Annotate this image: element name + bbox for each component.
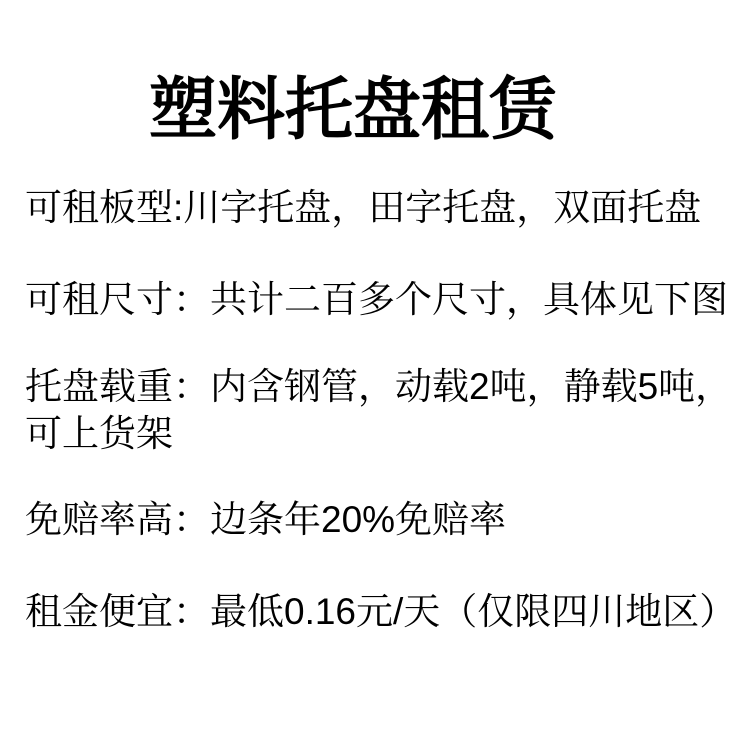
spec-load-capacity-line1: 托盘载重：内含钢管，动载2吨，静载5吨，	[25, 363, 740, 410]
spec-rentable-sizes: 可租尺寸：共计二百多个尺寸，具体见下图	[25, 276, 740, 323]
spec-rentable-plate-types-text: 可租板型:川字托盘，田字托盘，双面托盘	[25, 184, 740, 231]
spec-load-capacity: 托盘载重：内含钢管，动载2吨，静载5吨， 可上货架	[25, 363, 740, 457]
spec-deductible-rate: 免赔率高：边条年20%免赔率	[25, 496, 740, 543]
page-title: 塑料托盘租赁	[0, 74, 706, 146]
spec-deductible-rate-text: 免赔率高：边条年20%免赔率	[25, 496, 740, 543]
spec-load-capacity-line2: 可上货架	[25, 410, 740, 457]
spec-rental-price: 租金便宜：最低0.16元/天（仅限四川地区）	[25, 588, 740, 635]
product-description-page: 塑料托盘租赁 可租板型:川字托盘，田字托盘，双面托盘 可租尺寸：共计二百多个尺寸…	[0, 0, 750, 750]
spec-rentable-plate-types: 可租板型:川字托盘，田字托盘，双面托盘	[25, 184, 740, 231]
spec-rentable-sizes-text: 可租尺寸：共计二百多个尺寸，具体见下图	[25, 276, 740, 323]
spec-rental-price-text: 租金便宜：最低0.16元/天（仅限四川地区）	[25, 588, 740, 635]
